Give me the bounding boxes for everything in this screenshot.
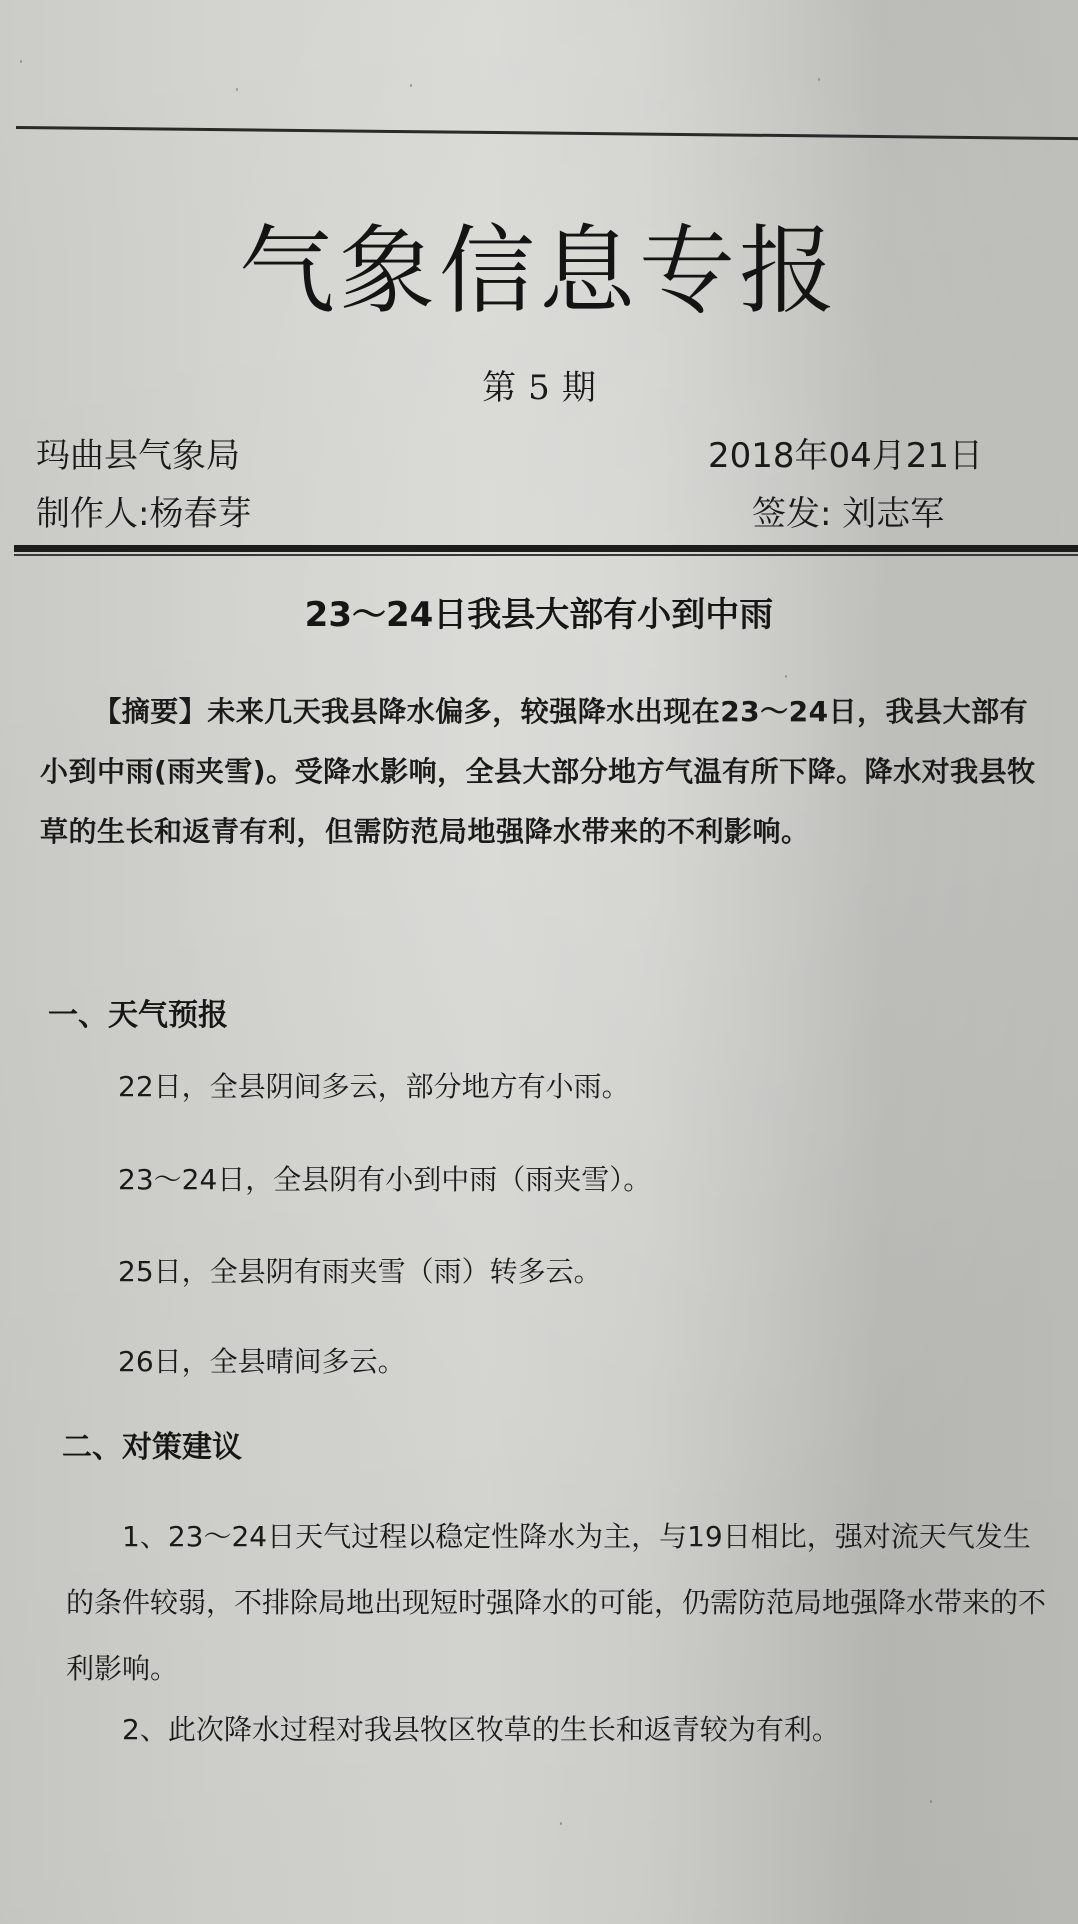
paper-speck [930, 1800, 932, 1803]
issue-number-value: 5 [516, 368, 562, 408]
forecast-item: 23～24日，全县阴有小到中雨（雨夹雪）。 [118, 1158, 651, 1198]
issue-date: 2018年04月21日 [708, 428, 983, 477]
suggestion-item: 1、23～24日天气过程以稳定性降水为主，与19日相比，强对流天气发生的条件较弱… [66, 1504, 1056, 1702]
paper-speck [410, 84, 412, 87]
signed-by: 签发: 刘志军 [752, 486, 944, 535]
forecast-item: 22日，全县阴间多云，部分地方有小雨。 [118, 1065, 630, 1105]
paper-speck [20, 60, 22, 63]
issue-prefix: 第 [482, 368, 516, 408]
paper-speck [236, 88, 238, 91]
document-heading: 23～24日我县大部有小到中雨 [0, 587, 1078, 636]
header-divider-thick [14, 545, 1078, 552]
suggestion-item: 2、此次降水过程对我县牧区牧草的生长和返青较为有利。 [66, 1697, 1056, 1763]
author: 制作人:杨春芽 [36, 486, 251, 535]
forecast-item: 26日，全县晴间多云。 [118, 1340, 406, 1380]
paper-speck [818, 78, 820, 81]
section-title-forecast: 一、天气预报 [48, 990, 228, 1034]
paper-speck [560, 1822, 562, 1825]
forecast-item: 25日，全县阴有雨夹雪（雨）转多云。 [118, 1250, 602, 1290]
section-title-suggestions: 二、对策建议 [62, 1422, 242, 1466]
paper-speck [785, 675, 787, 678]
top-rule [16, 126, 1078, 140]
issue-number: 第5期 [0, 360, 1078, 409]
issue-suffix: 期 [562, 368, 596, 408]
abstract-paragraph: 【摘要】未来几天我县降水偏多，较强降水出现在23～24日，我县大部有小到中雨(雨… [40, 682, 1050, 862]
bulletin-title: 气象信息专报 [0, 195, 1078, 332]
header-divider-thin [14, 554, 1078, 556]
organization: 玛曲县气象局 [36, 428, 240, 477]
